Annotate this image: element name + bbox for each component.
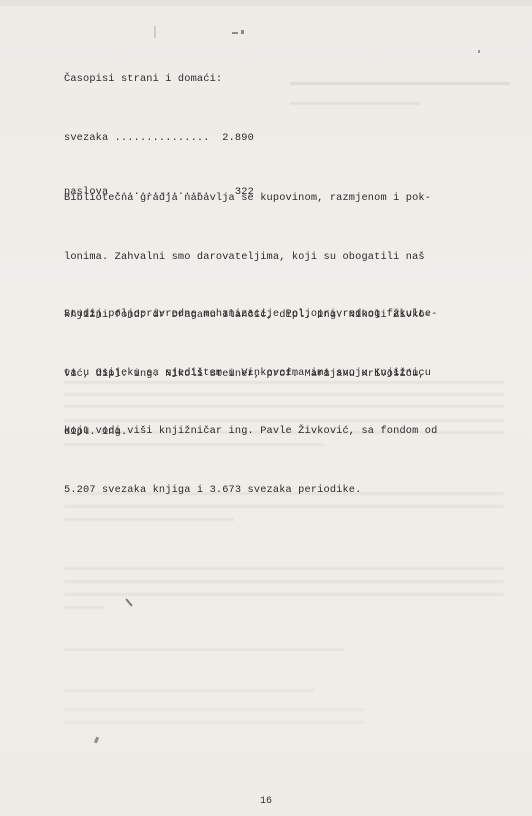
scan-artifact xyxy=(232,32,238,34)
scanned-page: Časopisi strani i domaći: svezaka ......… xyxy=(0,0,532,816)
show-through-text xyxy=(64,593,504,596)
stat-value: 2.890 xyxy=(222,132,254,144)
show-through-text xyxy=(64,606,104,609)
section-heading: Časopisi strani i domaći: xyxy=(64,70,222,90)
show-through-text xyxy=(64,721,364,724)
paragraph-line: lonima. Zahvalni smo darovateljima, koji… xyxy=(64,248,431,268)
show-through-text xyxy=(64,580,504,583)
stat-row-volumes: svezaka ............... 2.890 xyxy=(64,129,254,147)
scan-artifact xyxy=(154,26,156,38)
scan-artifact xyxy=(478,50,480,53)
paragraph-line: koju vodi viši knjižničar ing. Pavle Živ… xyxy=(64,422,437,442)
show-through-text xyxy=(64,689,314,692)
show-through-text xyxy=(290,102,420,105)
paragraph-library-vinkovci: Studij poljoprivredne mehanizacije Poljo… xyxy=(64,266,437,539)
paragraph-line: 5.207 svezaka knjiga i 3.673 svezaka per… xyxy=(64,481,437,501)
paragraph-line: Bibliotečna gradja nabavlja se kupovinom… xyxy=(64,189,431,209)
page-number: 16 xyxy=(0,796,532,807)
show-through-text xyxy=(64,648,344,651)
show-through-text xyxy=(64,567,504,570)
paragraph-line: Studij poljoprivredne mehanizacije Poljo… xyxy=(64,305,437,325)
scan-artifact xyxy=(241,30,244,34)
show-through-text xyxy=(290,82,510,85)
paragraph-line: ta u Osijeku sa sjedištem u Vinkovcima i… xyxy=(64,364,437,384)
stat-label: svezaka ............... xyxy=(64,132,210,144)
scan-edge xyxy=(0,0,532,6)
scan-artifact xyxy=(125,598,132,606)
show-through-text xyxy=(64,708,364,711)
scan-artifact xyxy=(94,737,99,744)
